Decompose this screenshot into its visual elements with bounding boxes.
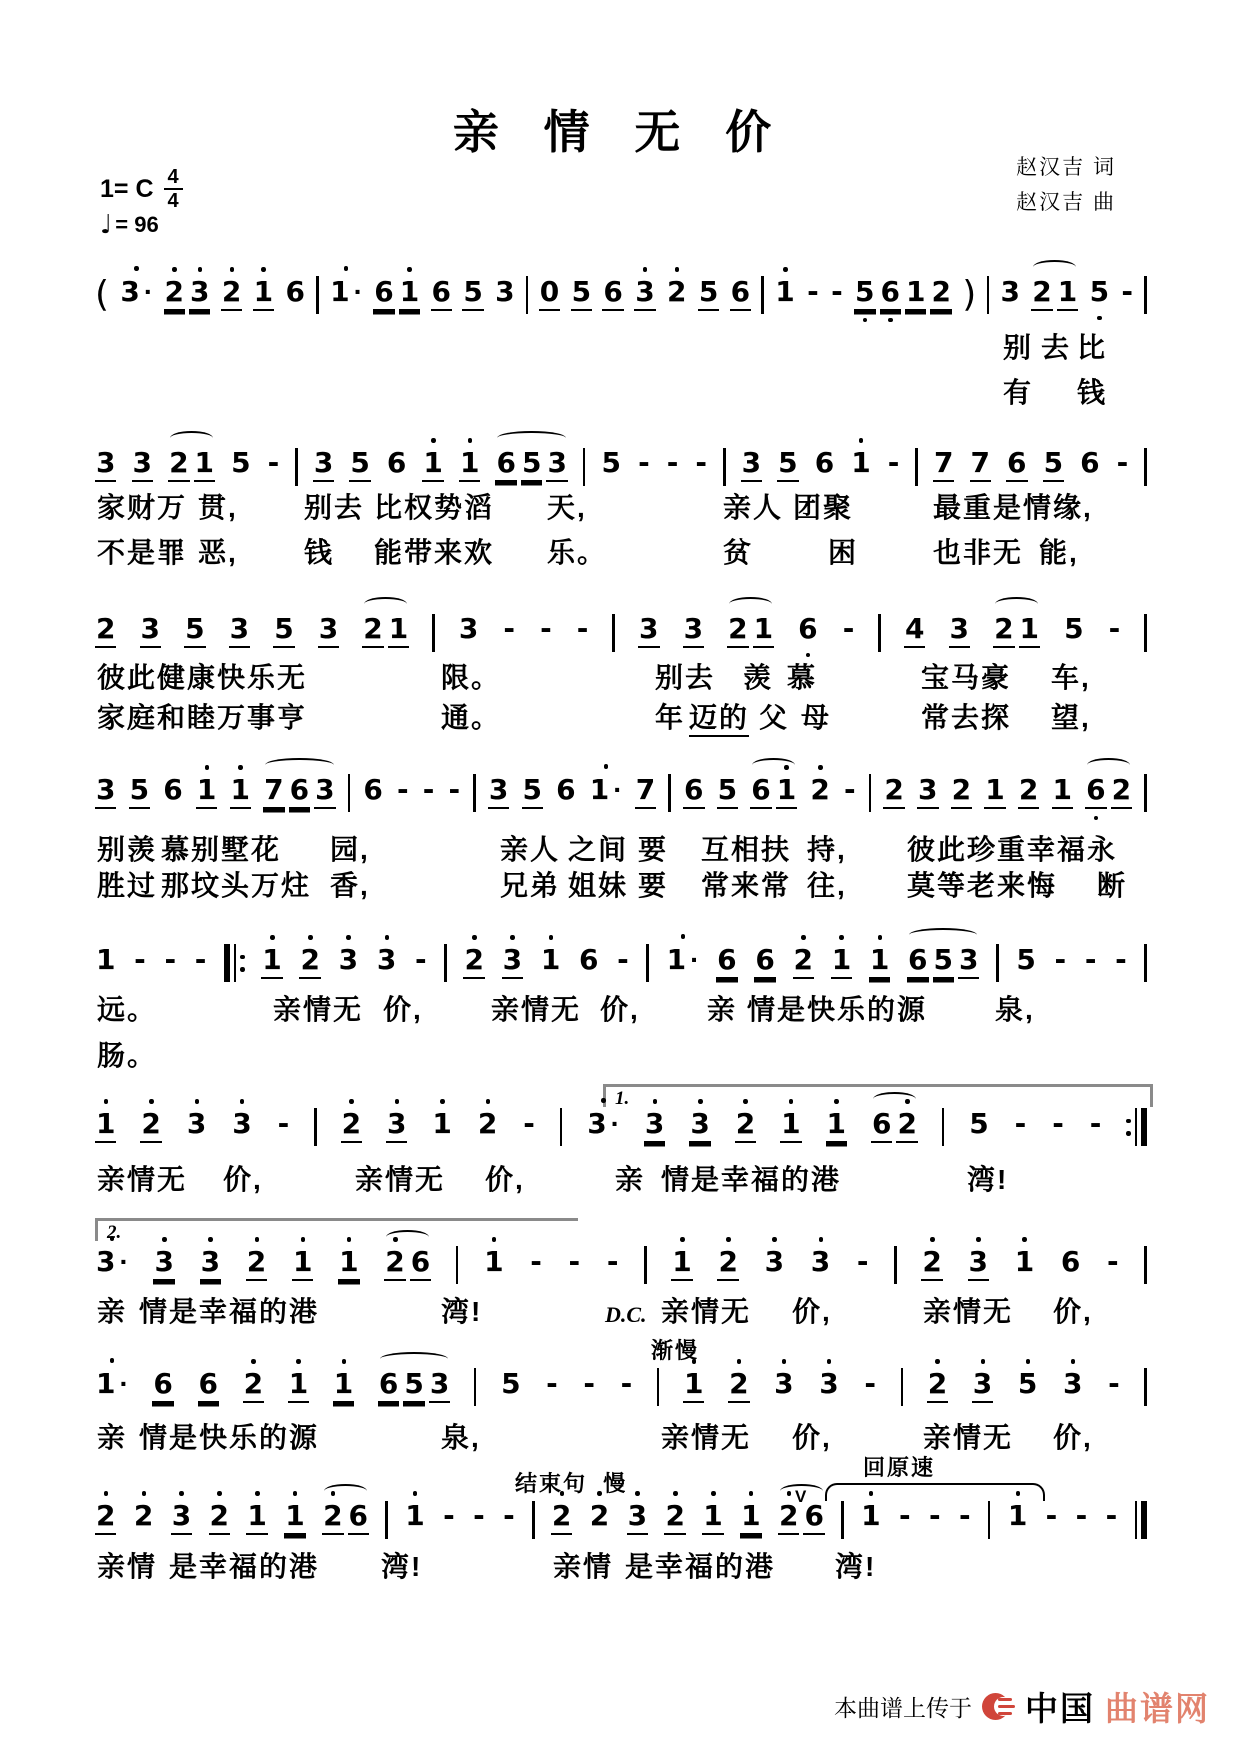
note-digit: 3 xyxy=(458,614,479,646)
lyric-segment: 别羡 xyxy=(97,834,157,866)
jianpu-note: 3· xyxy=(119,276,153,309)
note-digit: 3 xyxy=(200,1247,221,1281)
lyric-segment: 互相扶 xyxy=(701,834,791,866)
lyric-segment: 亲人 xyxy=(500,834,560,866)
jianpu-note: 6 xyxy=(289,775,310,809)
octave-dot-above xyxy=(344,266,349,271)
jianpu-note: 1 xyxy=(850,448,871,480)
note-digit: 5 xyxy=(230,448,251,480)
octave-dot-above xyxy=(104,1099,109,1104)
octave-dot-above xyxy=(801,935,806,940)
jianpu-note: 7 xyxy=(635,775,656,809)
note-digit: 2 xyxy=(728,1369,749,1403)
jianpu-note: - xyxy=(194,945,208,977)
note-digit: - xyxy=(502,614,516,646)
slur-group: 62 xyxy=(871,1109,918,1143)
jianpu-note: 7 xyxy=(263,775,284,809)
barline xyxy=(644,1246,647,1284)
note-digit: 7 xyxy=(970,448,991,482)
key-prefix: 1= C xyxy=(100,175,154,204)
note-digit: 3 xyxy=(318,614,339,648)
octave-dot-above xyxy=(819,1237,824,1242)
jianpu-note: 3 xyxy=(958,945,979,979)
octave-dot-above xyxy=(472,935,477,940)
octave-dot-above xyxy=(301,1237,306,1242)
note-digit: 1 xyxy=(671,1247,692,1281)
note-digit: 3 xyxy=(119,277,140,309)
music-system-3: 235353213---33216-43215-彼此健康快乐无限。别去羡慕宝马豪… xyxy=(95,614,1147,652)
jianpu-note: - xyxy=(163,945,177,977)
note-digit: 6 xyxy=(683,775,704,809)
note-digit: 6 xyxy=(750,775,771,809)
jianpu-note: 3 xyxy=(764,1247,785,1279)
barline xyxy=(1144,774,1147,812)
lyric-segment: 比 xyxy=(1077,332,1107,364)
lyric-segment: 困 xyxy=(828,537,858,569)
note-digit: 5 xyxy=(601,448,622,480)
note-digit: 6 xyxy=(1085,775,1106,809)
jianpu-note: 1 xyxy=(196,775,217,809)
jianpu-note: 6 xyxy=(683,775,704,809)
jianpu-note: 1 xyxy=(194,448,215,482)
augmentation-dot: · xyxy=(119,1246,128,1277)
lyric-segment: 湾! xyxy=(441,1296,482,1328)
note-digit: 3 xyxy=(689,1109,710,1143)
note-digit: 1 xyxy=(288,1369,309,1403)
octave-dot-above xyxy=(869,1491,874,1496)
octave-dot-above xyxy=(217,1491,222,1496)
brand-china: 中国 xyxy=(1025,1683,1095,1730)
note-digit: 3 xyxy=(683,614,704,648)
jianpu-note: 1 xyxy=(740,1501,761,1535)
note-digit: 6 xyxy=(578,945,599,977)
jianpu-note: - xyxy=(1084,945,1098,977)
note-digit: - xyxy=(887,448,901,480)
note-digit: 2 xyxy=(299,945,320,979)
barline xyxy=(444,944,447,982)
note-digit: - xyxy=(606,1247,620,1279)
note-digit: 6 xyxy=(378,1369,399,1403)
lyric-segment: 有 xyxy=(1003,377,1033,409)
note-digit: 6 xyxy=(348,1501,369,1535)
jianpu-note: 6 xyxy=(803,1501,824,1535)
note-digit: 3 xyxy=(972,1369,993,1403)
note-digit: 2 xyxy=(362,614,383,648)
jianpu-note: 2 xyxy=(384,1247,405,1281)
note-digit: 3 xyxy=(818,1369,839,1401)
lyric-segment: 价, xyxy=(383,994,423,1026)
octave-dot-above xyxy=(698,1099,703,1104)
note-digit: 1 xyxy=(702,1501,723,1535)
jianpu-note: 2 xyxy=(246,1247,267,1281)
barline xyxy=(915,448,918,486)
barline xyxy=(988,1501,991,1539)
note-digit: 1 xyxy=(831,945,852,979)
thin-barline xyxy=(234,944,237,982)
octave-dot-below xyxy=(888,318,893,323)
jianpu-note: 6 xyxy=(602,277,623,311)
music-system-2: 33215-356116535---3561-77656-家财万贯,别去比权势滔… xyxy=(95,448,1147,486)
note-digit: 2 xyxy=(927,1369,948,1403)
note-digit: 1 xyxy=(1007,1501,1028,1533)
jianpu-note: - xyxy=(637,448,651,480)
note-digit: 6 xyxy=(880,277,901,311)
jianpu-note: 1 xyxy=(780,1109,801,1143)
jianpu-note: 6 xyxy=(578,945,599,977)
jianpu-note: 3 xyxy=(231,1109,252,1141)
jianpu-note: 5 xyxy=(184,614,205,648)
note-digit: 1 xyxy=(869,945,890,979)
note-digit: - xyxy=(576,614,590,646)
note-digit: 5 xyxy=(777,448,798,482)
thin-barline xyxy=(1135,1501,1138,1539)
note-digit: 1 xyxy=(483,1247,504,1279)
lyric-segment: 羡 xyxy=(743,662,773,694)
note-digit: 2 xyxy=(551,1501,572,1535)
lyric-segment: 泉, xyxy=(995,994,1035,1026)
octave-dot-above xyxy=(205,765,210,770)
lyric-segment: 价, xyxy=(792,1422,832,1454)
octave-dot-below xyxy=(1094,816,1099,821)
jianpu-note: 5 xyxy=(521,448,542,482)
jianpu-note: 3 xyxy=(773,1369,794,1401)
jianpu-note: 2 xyxy=(168,448,189,482)
note-digit: 6 xyxy=(1079,448,1100,480)
lyric-segment: 也非无 xyxy=(933,537,1023,569)
jianpu-note: - xyxy=(1116,448,1130,480)
lyric-segment: 之间 xyxy=(568,834,628,866)
slur-group: 21 xyxy=(993,614,1040,648)
octave-dot-above xyxy=(104,1491,109,1496)
octave-dot-above xyxy=(142,1491,147,1496)
note-digit: 3 xyxy=(386,1109,407,1143)
barline xyxy=(526,276,529,314)
note-digit: 5 xyxy=(1017,1369,1038,1401)
lyric-segment: 父 xyxy=(759,702,789,734)
jianpu-note: - xyxy=(539,614,553,646)
lyric-segment: 慕 xyxy=(787,662,817,694)
note-digit: 1 xyxy=(780,1109,801,1143)
note-digit: 1 xyxy=(666,945,687,977)
octave-dot-above xyxy=(601,1098,606,1103)
note-digit: - xyxy=(163,945,177,977)
jianpu-note: - xyxy=(1054,945,1068,977)
note-digit: 1 xyxy=(95,1369,116,1401)
note-digit: 1 xyxy=(333,1369,354,1403)
tempo-marking: ♩ = 96 xyxy=(100,210,159,240)
note-digit: 7 xyxy=(263,775,284,809)
jianpu-note: 3 xyxy=(627,1501,648,1535)
note-digit: 2 xyxy=(1018,775,1039,809)
jianpu-note: 2 xyxy=(299,945,320,979)
jianpu-note: - xyxy=(1114,945,1128,977)
note-digit: 3 xyxy=(999,277,1020,309)
jianpu-note: - xyxy=(606,1247,620,1279)
jianpu-note: 1 xyxy=(422,448,443,482)
lyric-segment: 别去 xyxy=(304,492,364,524)
note-digit: 2 xyxy=(666,277,687,309)
jianpu-note: - xyxy=(522,1109,536,1141)
music-system-5: 1---1233-2316-1·662116535---远。亲情无价,亲情无价,… xyxy=(95,944,1147,982)
barline xyxy=(583,448,586,486)
jianpu-note: - xyxy=(502,614,516,646)
jianpu-note: - xyxy=(1106,1247,1120,1279)
note-digit: 1 xyxy=(404,1501,425,1533)
lyric-segment: 母 xyxy=(801,702,831,734)
jianpu-note: 3 xyxy=(644,1109,665,1143)
thick-barline xyxy=(224,944,230,982)
jianpu-note: 6 xyxy=(1085,775,1106,809)
jianpu-note: 2 xyxy=(209,1501,230,1535)
note-digit: 1 xyxy=(1052,775,1073,809)
jianpu-note: 1 xyxy=(431,1109,452,1141)
note-digit: 5 xyxy=(522,775,543,809)
note-digit: 1 xyxy=(860,1501,881,1533)
lyric-segment: 车, xyxy=(1051,662,1091,694)
note-digit: - xyxy=(448,775,462,807)
notation-line: 356117636---3561·765612-23212162 xyxy=(95,774,1147,812)
note-digit: 2 xyxy=(322,1501,343,1535)
note-digit: - xyxy=(1084,945,1098,977)
octave-dot-above xyxy=(110,1358,115,1363)
octave-dot-above xyxy=(653,1099,658,1104)
lyric-segment: 远。 xyxy=(97,994,157,1026)
barline xyxy=(473,774,476,812)
jianpu-note: 1 xyxy=(95,945,116,977)
jianpu-note: 3 xyxy=(189,277,210,311)
octave-dot-above xyxy=(859,438,864,443)
octave-dot-above xyxy=(342,1359,347,1364)
octave-dot-above xyxy=(413,1491,418,1496)
jianpu-note: - xyxy=(133,945,147,977)
note-digit: - xyxy=(806,277,820,309)
note-digit: 1 xyxy=(459,448,480,482)
jianpu-note: 1· xyxy=(589,774,623,807)
octave-dot-above xyxy=(783,267,788,272)
octave-dot-above xyxy=(255,1237,260,1242)
slur-group: 62 xyxy=(1085,775,1132,809)
jianpu-note: - xyxy=(529,1247,543,1279)
note-digit: 3 xyxy=(644,1109,665,1143)
lyric-segment: 肠。 xyxy=(97,1040,157,1072)
jianpu-note: 1 xyxy=(388,614,409,648)
note-digit: 5 xyxy=(129,775,150,809)
tempo-value: = 96 xyxy=(115,212,158,238)
jianpu-note: 6 xyxy=(348,1501,369,1535)
note-digit: 6 xyxy=(386,448,407,480)
jianpu-note: 1 xyxy=(1052,775,1073,809)
note-digit: 6 xyxy=(373,277,394,311)
jianpu-note: 3 xyxy=(338,945,359,977)
note-digit: 2 xyxy=(221,277,242,311)
note-digit: 1 xyxy=(984,775,1005,809)
note-digit: 2 xyxy=(140,1109,161,1143)
lyric-segment: 慕别墅花 xyxy=(161,834,281,866)
jianpu-note: 3 xyxy=(502,945,523,979)
music-system-6: 1.1233-2312-3·33211625---亲情无价,亲情无价,亲情是幸福… xyxy=(95,1108,1147,1146)
thick-barline xyxy=(1141,1108,1147,1146)
note-digit: 5 xyxy=(462,277,483,311)
time-signature: 4 4 xyxy=(164,166,183,212)
jianpu-note: 3 xyxy=(186,1109,207,1141)
note-digit: 2 xyxy=(951,775,972,809)
jianpu-note: 3 xyxy=(917,775,938,809)
note-digit: - xyxy=(472,1501,486,1533)
lyric-segment: 望, xyxy=(1051,702,1091,734)
octave-dot-above xyxy=(270,935,275,940)
note-digit: 6 xyxy=(602,277,623,311)
lyric-segment: 亲情无 xyxy=(491,994,581,1026)
note-digit: 2 xyxy=(384,1247,405,1281)
note-digit: 5 xyxy=(403,1369,424,1403)
jianpu-note: 3 xyxy=(999,277,1020,309)
repeat-dots xyxy=(240,955,245,972)
note-digit: - xyxy=(830,277,844,309)
lyric-segment: 持, xyxy=(807,834,847,866)
jianpu-note: 6 xyxy=(814,448,835,480)
note-digit: - xyxy=(545,1369,559,1401)
notation-line: 1233-2312-3·33211625--- xyxy=(95,1108,1147,1146)
lyric-segment: 情是快乐的源 xyxy=(747,994,927,1026)
lyric-segment: 亲 xyxy=(97,1296,127,1328)
lyric-segment: 莫等老来悔 xyxy=(907,870,1057,902)
octave-dot-above xyxy=(346,935,351,940)
lyric-segment: 钱 xyxy=(1077,377,1107,409)
parenthesis: ) xyxy=(962,277,976,313)
note-digit: 1 xyxy=(540,945,561,977)
jianpu-note: - xyxy=(442,1501,456,1533)
lyric-segment: 姐妹 xyxy=(568,870,628,902)
note-digit: 1 xyxy=(399,277,420,311)
jianpu-note: 6 xyxy=(871,1109,892,1143)
jianpu-note: 5 xyxy=(273,614,294,648)
lyric-segment: 亲情无 xyxy=(661,1296,751,1328)
lyric-segment: 彼此健康快乐无 xyxy=(97,662,307,694)
barline xyxy=(1144,448,1147,486)
lyric-segment: 亲情无 xyxy=(661,1422,751,1454)
jianpu-note: 5 xyxy=(717,775,738,809)
lyric-segment: 亲 xyxy=(97,1422,127,1454)
octave-dot-above xyxy=(385,935,390,940)
octave-dot-above xyxy=(293,1491,298,1496)
note-digit: 5 xyxy=(698,277,719,311)
note-digit: 1 xyxy=(683,1369,704,1403)
lyric-segment: 宝马豪 xyxy=(921,662,1011,694)
octave-dot-above xyxy=(680,1237,685,1242)
note-digit: 3 xyxy=(314,775,335,809)
barline xyxy=(761,276,764,314)
credits: 赵汉吉 词 赵汉吉 曲 xyxy=(1016,150,1116,220)
octave-dot-above xyxy=(635,1491,640,1496)
octave-dot-below xyxy=(806,653,811,658)
note-digit: 3 xyxy=(741,448,762,482)
note-digit: 5 xyxy=(1063,614,1084,646)
volta-label: 1. xyxy=(615,1088,629,1110)
jianpu-note: 3 xyxy=(689,1109,710,1143)
note-digit: 3 xyxy=(95,448,116,482)
barline xyxy=(1144,276,1147,314)
note-digit: - xyxy=(1051,1109,1065,1141)
jianpu-note: 1 xyxy=(288,1369,309,1403)
octave-dot-above xyxy=(134,266,139,271)
octave-dot-above xyxy=(349,1099,354,1104)
note-digit: - xyxy=(620,1369,634,1401)
barline xyxy=(1144,944,1147,982)
jianpu-note: 3 xyxy=(634,277,655,311)
slur-group: 21 xyxy=(1031,277,1078,311)
jianpu-note: 6 xyxy=(730,277,751,311)
lyric-segment: 亲情无 xyxy=(355,1164,445,1196)
augmentation-dot: · xyxy=(119,1368,128,1399)
note-digit: 6 xyxy=(495,448,516,482)
octave-dot-above xyxy=(905,1099,910,1104)
jianpu-note: 6 xyxy=(431,277,452,311)
note-digit: 1 xyxy=(246,1501,267,1535)
beam-group: 23 xyxy=(164,277,211,311)
note-digit: 2 xyxy=(921,1247,942,1281)
note-digit: 0 xyxy=(539,277,560,311)
lyric-line: 远。亲情无价,亲情无价,亲情是快乐的源泉, xyxy=(95,994,1147,1030)
lyric-segment: 别去 xyxy=(655,662,715,694)
jianpu-note: 6 xyxy=(378,1369,399,1403)
octave-dot-below xyxy=(1097,316,1102,321)
octave-dot-above xyxy=(743,1099,748,1104)
music-system-9: 结束句 慢回原速V223211261---223211261---1---亲情是… xyxy=(95,1501,1147,1539)
jianpu-note: 3 xyxy=(386,1109,407,1143)
jianpu-note: 2 xyxy=(896,1109,917,1143)
note-digit: 4 xyxy=(904,614,925,648)
note-digit: 3 xyxy=(546,448,567,482)
jianpu-note: - xyxy=(863,1369,877,1401)
jianpu-note: 2 xyxy=(717,1247,738,1281)
jianpu-note: 6 xyxy=(880,277,901,311)
jianpu-note: - xyxy=(958,1501,972,1533)
note-digit: 1 xyxy=(740,1501,761,1535)
jianpu-note: 2 xyxy=(664,1501,685,1535)
jianpu-note: 3· xyxy=(586,1108,620,1141)
note-digit: 1 xyxy=(230,775,251,809)
lyric-segment: 年 xyxy=(655,702,685,734)
octave-dot-above xyxy=(251,1359,256,1364)
jianpu-note: 3 xyxy=(132,448,153,482)
note-digit: 1 xyxy=(388,614,409,648)
jianpu-note: 5 xyxy=(777,448,798,482)
octave-dot-above xyxy=(784,765,789,770)
octave-dot-above xyxy=(930,1237,935,1242)
note-digit: 1 xyxy=(776,775,797,809)
jianpu-note: 3 xyxy=(494,277,515,309)
jianpu-note: 1 xyxy=(253,277,274,311)
lyric-segment: 往, xyxy=(807,870,847,902)
jianpu-note: 2 xyxy=(883,775,904,809)
note-digit: 3 xyxy=(313,448,334,482)
jianpu-note: 1· xyxy=(95,1368,129,1401)
jianpu-note: 5 xyxy=(601,448,622,480)
jianpu-note: - xyxy=(448,775,462,807)
note-digit: 2 xyxy=(809,775,830,807)
beam-group: 5612 xyxy=(854,277,952,311)
jianpu-note: 1 xyxy=(399,277,420,311)
jianpu-note: 5 xyxy=(129,775,150,809)
octave-dot-above xyxy=(162,1237,167,1242)
jianpu-note: 7 xyxy=(970,448,991,482)
note-digit: 7 xyxy=(933,448,954,482)
note-digit: 1 xyxy=(774,277,795,309)
jianpu-note: 2 xyxy=(809,775,830,807)
lyric-segment: 比权势滔 xyxy=(374,492,494,524)
octave-dot-above xyxy=(331,1491,336,1496)
jianpu-note: 3 xyxy=(200,1247,221,1281)
